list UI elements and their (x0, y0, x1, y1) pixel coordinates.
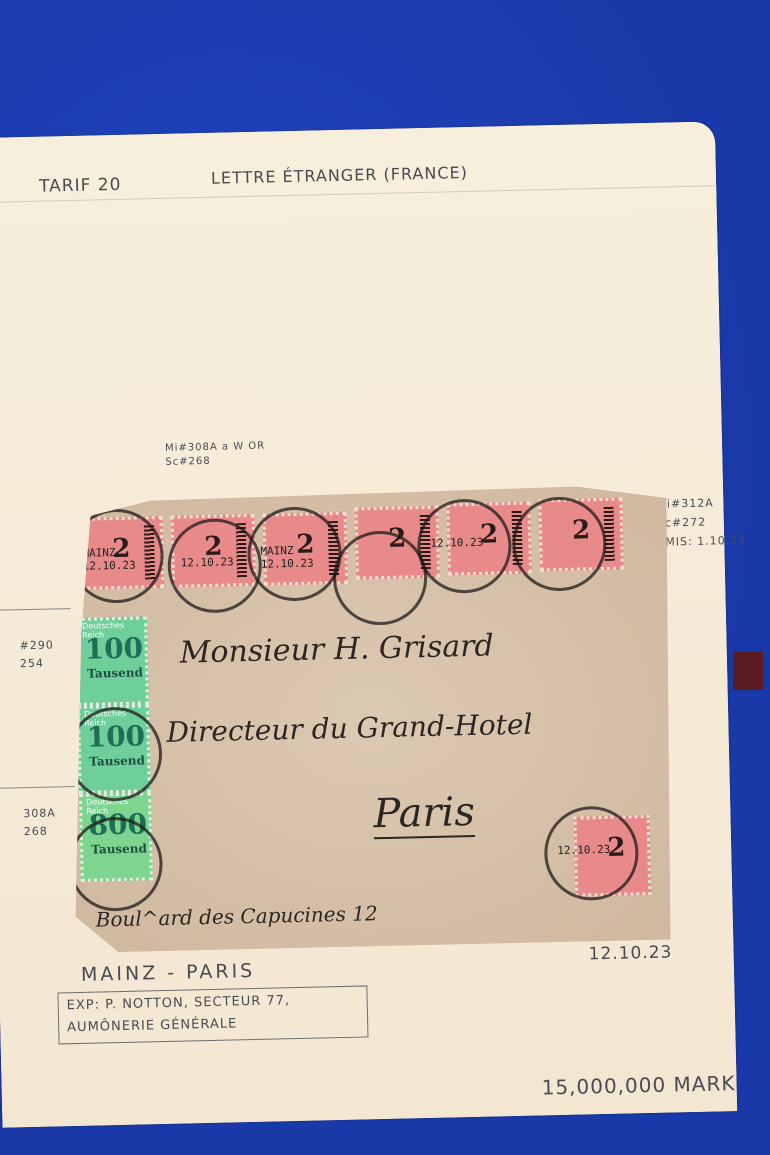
catalog-michel: 308A (23, 804, 56, 823)
green-stamp: Deutsches Reich100Tausend (75, 616, 149, 706)
catalog-scott: 268 (24, 822, 57, 841)
catalog-michel: Mi#312A (656, 493, 745, 514)
tariff-label: TARIF 20 (39, 175, 122, 197)
catalog-note-top-right: Mi#312A Sc#272 ÉMIS: 1.10.23 (656, 493, 746, 552)
cover-envelope: 2 2 2 2 2 2 MAINZ 12.10.23 12.10.23 MAIN… (66, 485, 676, 953)
postage-total: 15,000,000 MARK (541, 1071, 735, 1099)
postmark: MAINZ 12.10.23 (246, 506, 342, 602)
postmark: 12.10.23 (416, 498, 512, 594)
catalog-scott: Sc#268 (165, 454, 265, 470)
category-label: LETTRE ÉTRANGER (FRANCE) (211, 163, 468, 188)
page-tab-marker (733, 652, 763, 690)
catalog-michel: #290 (19, 636, 54, 655)
address-title: Directeur du Grand-Hotel (166, 708, 533, 749)
issue-date: ÉMIS: 1.10.23 (657, 531, 746, 552)
postmark (67, 816, 163, 912)
sender-box: EXP: P. NOTTON, SECTEUR 77, AUMÔNERIE GÉ… (57, 985, 368, 1044)
postmark (511, 496, 607, 592)
address-city: Paris (373, 789, 475, 839)
address-street: Boul^ard des Capucines 12 (95, 901, 377, 931)
catalog-michel: Mi#308A a W OR (165, 440, 265, 456)
catalog-note-left-2: 308A 268 (23, 804, 56, 841)
catalog-note-top-left: Mi#308A a W OR Sc#268 (165, 440, 266, 470)
left-rule (0, 608, 71, 611)
catalog-scott: 254 (20, 654, 55, 673)
postmark: MAINZ 12.10.23 (68, 508, 164, 604)
catalog-scott: Sc#272 (657, 512, 746, 533)
album-page: TARIF 20 LETTRE ÉTRANGER (FRANCE) Mi#308… (0, 121, 737, 1127)
address-recipient: Monsieur H. Grisard (179, 628, 494, 670)
postmark (332, 530, 428, 626)
postmark-date: 12.10.23 (588, 943, 672, 965)
route-label: MAINZ - PARIS (81, 960, 256, 986)
catalog-note-left-1: #290 254 (19, 636, 54, 673)
left-rule (0, 786, 75, 789)
